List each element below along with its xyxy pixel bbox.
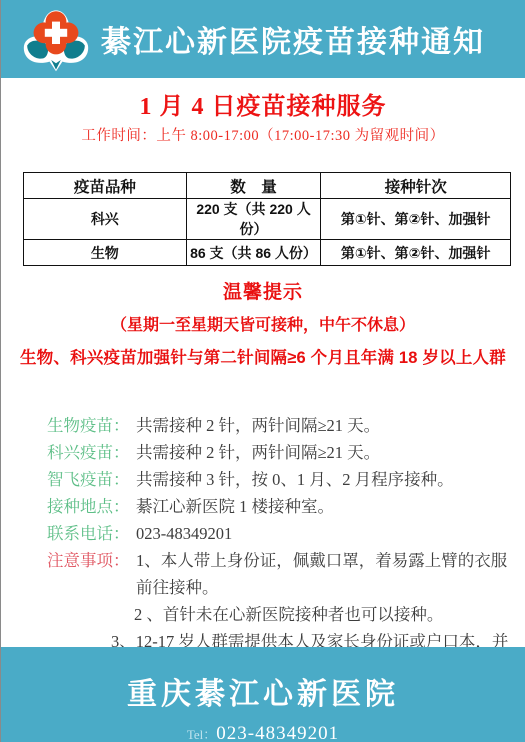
table-row: 生物 86 支（共 86 人份） 第①针、第②针、加强针: [24, 240, 511, 266]
value-biotech-vaccine: 共需接种 2 针，两针间隔≥21 天。: [136, 412, 511, 439]
cell-vaccine-kind: 科兴: [24, 199, 187, 240]
label-location: 接种地点：: [47, 493, 136, 520]
footer-banner: 重庆綦江心新医院 Tel：023-48349201: [1, 647, 525, 742]
value-location: 綦江心新医院 1 楼接种室。: [136, 493, 511, 520]
label-sinovac-vaccine: 科兴疫苗：: [47, 439, 136, 466]
list-item: 生物疫苗： 共需接种 2 针，两针间隔≥21 天。: [47, 412, 511, 439]
cell-quantity: 220 支（共 220 人份）: [186, 199, 321, 240]
table-header-row: 疫苗品种 数 量 接种针次: [24, 173, 511, 199]
col-header-vaccine-kind: 疫苗品种: [24, 173, 187, 199]
tips-open-days: （星期一至星期天皆可接种，中午不休息）: [1, 312, 525, 335]
tel-label: Tel：: [187, 727, 216, 742]
cell-dose: 第①针、第②针、加强针: [321, 240, 511, 266]
tips-booster-rule: 生物、科兴疫苗加强针与第二针间隔≥6 个月且年满 18 岁以上人群: [1, 344, 525, 368]
vaccine-table: 疫苗品种 数 量 接种针次 科兴 220 支（共 220 人份） 第①针、第②针…: [23, 172, 511, 266]
header-banner: 綦江心新医院疫苗接种通知: [1, 0, 525, 78]
col-header-quantity: 数 量: [186, 173, 321, 199]
list-item: 接种地点： 綦江心新医院 1 楼接种室。: [47, 493, 511, 520]
list-item: 智飞疫苗： 共需接种 3 针，按 0、1 月、2 月程序接种。: [47, 466, 511, 493]
label-zhifei-vaccine: 智飞疫苗：: [47, 466, 136, 493]
notice-item-1: 1、本人带上身份证，佩戴口罩，着易露上臂的衣服前往接种。: [136, 547, 511, 601]
label-phone: 联系电话：: [47, 520, 136, 547]
work-time-text: 工作时间：上午 8:00-17:00（17:00-17:30 为留观时间）: [1, 124, 525, 145]
vaccine-notice-poster: 綦江心新医院疫苗接种通知 1 月 4 日疫苗接种服务 工作时间：上午 8:00-…: [0, 0, 525, 742]
col-header-dose: 接种针次: [321, 173, 511, 199]
service-date-title: 1 月 4 日疫苗接种服务: [1, 86, 525, 121]
value-zhifei-vaccine: 共需接种 3 针，按 0、1 月、2 月程序接种。: [136, 466, 511, 493]
cell-vaccine-kind: 生物: [24, 240, 187, 266]
cell-dose: 第①针、第②针、加强针: [321, 199, 511, 240]
tips-title: 温馨提示: [1, 277, 525, 304]
hospital-name: 重庆綦江心新医院: [1, 669, 525, 713]
notice-title: 綦江心新医院疫苗接种通知: [101, 17, 485, 61]
label-biotech-vaccine: 生物疫苗：: [47, 412, 136, 439]
cell-quantity: 86 支（共 86 人份）: [186, 240, 321, 266]
info-list: 生物疫苗： 共需接种 2 针，两针间隔≥21 天。 科兴疫苗： 共需接种 2 针…: [1, 412, 525, 682]
value-phone: 023-48349201: [136, 520, 511, 547]
table-row: 科兴 220 支（共 220 人份） 第①针、第②针、加强针: [24, 199, 511, 240]
tips-block: 温馨提示 （星期一至星期天皆可接种，中午不休息） 生物、科兴疫苗加强针与第二针间…: [1, 277, 525, 368]
list-item-notices: 注意事项： 1、本人带上身份证，佩戴口罩，着易露上臂的衣服前往接种。: [47, 547, 511, 601]
list-item: 联系电话： 023-48349201: [47, 520, 511, 547]
value-sinovac-vaccine: 共需接种 2 针，两针间隔≥21 天。: [136, 439, 511, 466]
hospital-logo-icon: [15, 4, 97, 76]
footer-telephone: Tel：023-48349201: [1, 723, 525, 742]
tel-number: 023-48349201: [216, 723, 339, 742]
list-item: 科兴疫苗： 共需接种 2 针，两针间隔≥21 天。: [47, 439, 511, 466]
label-notes: 注意事项：: [47, 547, 136, 574]
notice-item-2: 2 、首针未在心新医院接种者也可以接种。: [134, 601, 511, 628]
